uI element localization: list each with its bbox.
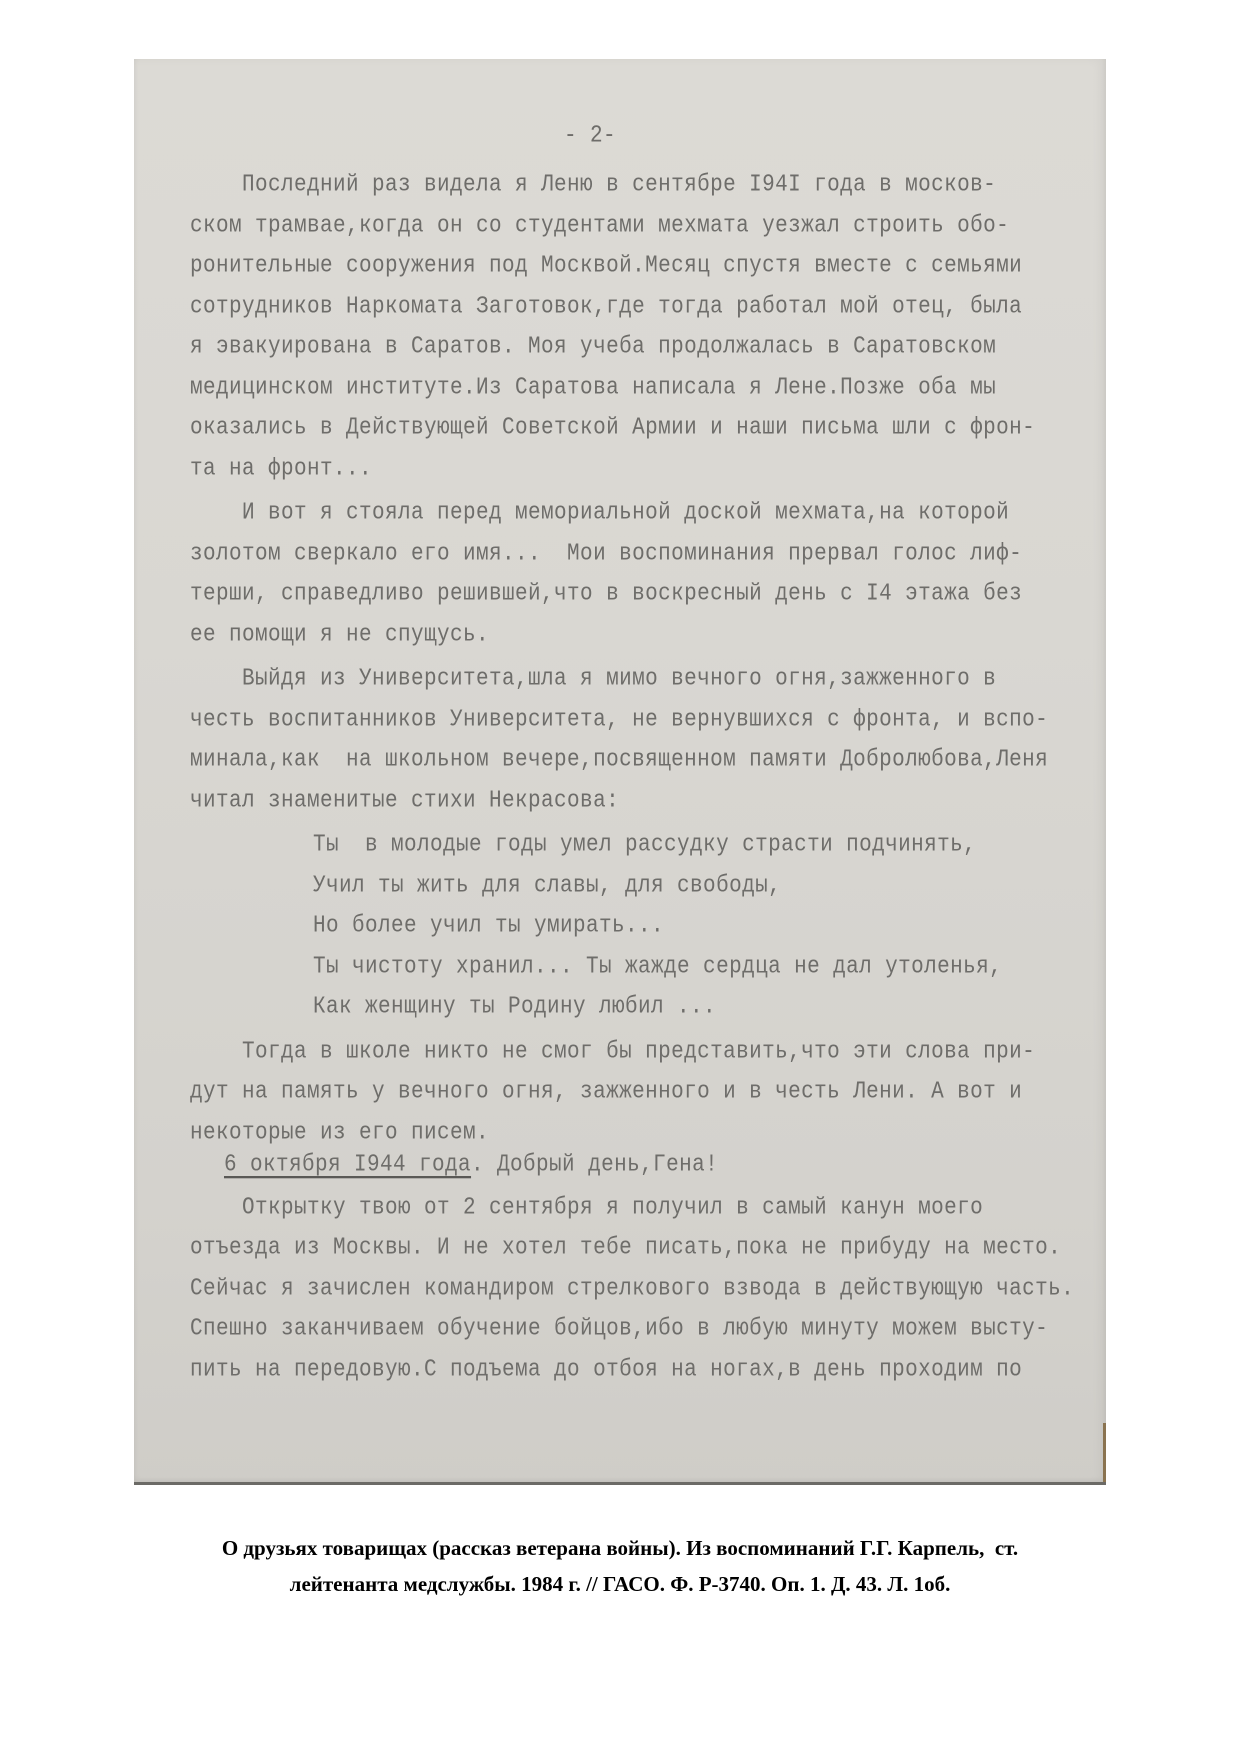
letter-line: Спешно заканчиваем обучение бойцов,ибо в… bbox=[190, 1317, 1048, 1341]
letter-line: пить на передовую.С подъема до отбоя на … bbox=[190, 1358, 1022, 1382]
poem-line: Как женщину ты Родину любил ... bbox=[313, 995, 716, 1019]
poem-line: Ты в молодые годы умел рассудку страсти … bbox=[313, 833, 976, 857]
text-line: читал знаменитые стихи Некрасова: bbox=[190, 789, 619, 813]
text-line: честь воспитанников Университета, не вер… bbox=[190, 708, 1048, 732]
caption-line-2: лейтенанта медслужбы. 1984 г. // ГАСО. Ф… bbox=[0, 1566, 1240, 1602]
letter-date: 6 октября I944 года bbox=[224, 1152, 471, 1178]
poem-line: Но более учил ты умирать... bbox=[313, 914, 664, 938]
typewritten-sheet: - 2- Последний раз видела я Леню в сентя… bbox=[134, 59, 1106, 1485]
poem-line: Учил ты жить для славы, для свободы, bbox=[313, 874, 781, 898]
letter-heading: 6 октября I944 года. Добрый день,Гена! bbox=[224, 1153, 718, 1177]
text-line: И вот я стояла перед мемориальной доской… bbox=[190, 501, 1009, 525]
letter-greeting: . Добрый день,Гена! bbox=[471, 1152, 718, 1178]
text-line: медицинском институте.Из Саратова написа… bbox=[190, 376, 996, 400]
text-line: сотрудников Наркомата Заготовок,где тогд… bbox=[190, 295, 1022, 319]
text-line: дут на память у вечного огня, зажженного… bbox=[190, 1080, 1022, 1104]
text-line: Последний раз видела я Леню в сентябре I… bbox=[190, 173, 996, 197]
text-line: оказались в Действующей Советской Армии … bbox=[190, 416, 1035, 440]
text-line: ронительные сооружения под Москвой.Месяц… bbox=[190, 254, 1022, 278]
page-number: - 2- bbox=[564, 124, 616, 148]
text-line: минала,как на школьном вечере,посвященно… bbox=[190, 748, 1048, 772]
text-line: я эвакуирована в Саратов. Моя учеба прод… bbox=[190, 335, 996, 359]
text-line: ее помощи я не спущусь. bbox=[190, 623, 489, 647]
letter-line: Сейчас я зачислен командиром стрелкового… bbox=[190, 1277, 1074, 1301]
text-line: Выйдя из Университета,шла я мимо вечного… bbox=[190, 667, 996, 691]
poem-line: Ты чистоту хранил... Ты жажде сердца не … bbox=[313, 955, 1002, 979]
letter-line: Открытку твою от 2 сентября я получил в … bbox=[190, 1196, 983, 1220]
text-line: Тогда в школе никто не смог бы представи… bbox=[190, 1040, 1035, 1064]
text-line: золотом сверкало его имя... Мои воспомин… bbox=[190, 542, 1022, 566]
text-line: некоторые из его писем. bbox=[190, 1121, 489, 1145]
text-line: ском трамвае,когда он со студентами мехм… bbox=[190, 214, 1009, 238]
text-line: терши, справедливо решившей,что в воскре… bbox=[190, 582, 1022, 606]
caption-line-1: О друзьях товарищах (рассказ ветерана во… bbox=[0, 1530, 1240, 1566]
archive-caption: О друзьях товарищах (рассказ ветерана во… bbox=[0, 1530, 1240, 1602]
letter-line: отъезда из Москвы. И не хотел тебе писат… bbox=[190, 1236, 1061, 1260]
text-line: та на фронт... bbox=[190, 457, 372, 481]
